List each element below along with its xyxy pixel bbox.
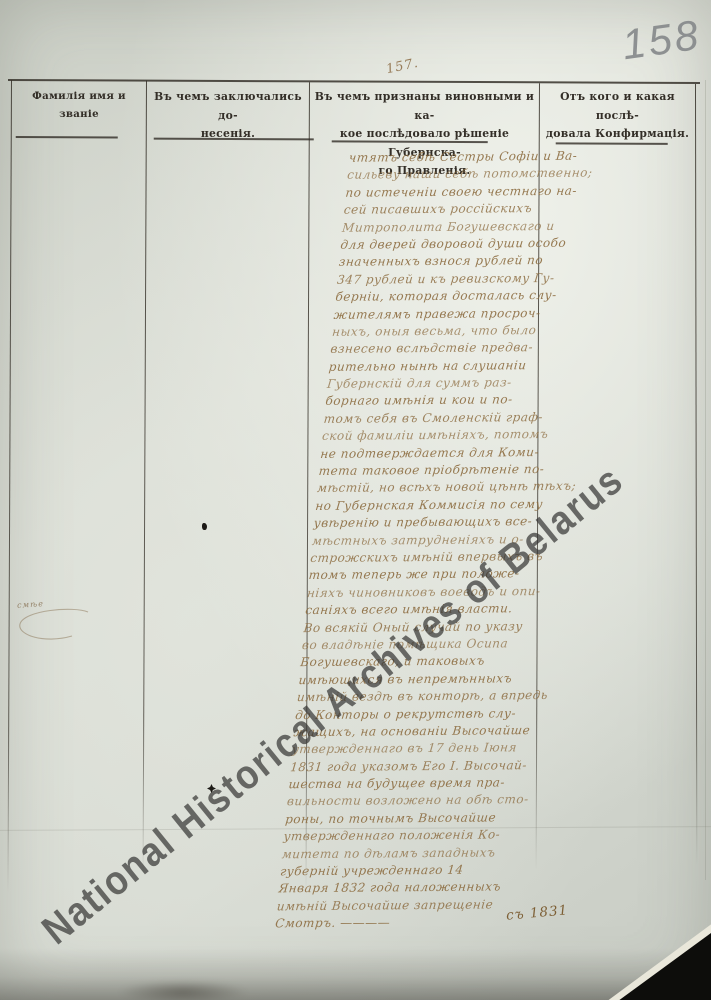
handwriting-line: чтятъ себѣ Сестры Софіи и Ва- — [348, 148, 584, 167]
table-border-right — [695, 84, 698, 865]
handwriting-line: жителямъ правежа просроч- — [333, 304, 569, 323]
handwriting-line: митета по дѣламъ западныхъ — [281, 844, 517, 863]
handwriting-line: сильеву наши себѣ потомственно; — [346, 165, 582, 184]
handwriting-line: утвержденнаго въ 17 день Іюня — [291, 739, 527, 758]
handwriting-line: 347 рублей и къ ревизскому Гу- — [336, 269, 572, 288]
column-header-reports: Въ чемъ заключались до- несенія. — [148, 88, 308, 144]
handwriting-line: для дверей дворовой души особо — [340, 235, 576, 254]
handwriting-line: роны, по точнымъ Высочайше — [284, 809, 520, 828]
handwriting-line: губерній учрежденнаго 14 — [279, 861, 515, 880]
handwriting-line: тета таковое пріобрѣтеніе по- — [318, 461, 554, 480]
margin-flourish-loop — [14, 604, 92, 646]
handwriting-line: шества на будущее время пра- — [288, 774, 524, 793]
handwriting-line: вильности возложено на обѣ сто- — [286, 792, 522, 811]
handwriting-line: по истеченіи своею честнаго на- — [345, 182, 581, 201]
handwriting-line: рительно нынѣ на слушаніи — [328, 357, 564, 376]
column-header-name-rank: Фамилія имя и званіе — [12, 88, 146, 123]
handwriting-line: Митрополита Богушевскаго и — [341, 217, 577, 236]
handwriting-line: Смотръ. ———— — [274, 913, 510, 932]
archival-document-scan: 157. 158 Фамилія имя и званіе Въ чемъ за… — [0, 0, 711, 1000]
page-edge-fold — [705, 80, 706, 880]
handwriting-line: взнесено вслѣдствіе предва- — [330, 339, 566, 358]
handwriting-line: но Губернская Коммисія по сему — [315, 496, 551, 515]
ink-spot — [202, 523, 207, 530]
handwriting-line: Губернскій для суммъ раз- — [326, 374, 562, 393]
column-header-confirmation: Отъ кого и какая послѣ- довала Конфирмац… — [541, 88, 694, 144]
handwriting-line: борнаго имѣнія и кои и по- — [325, 391, 561, 410]
table-border-top — [8, 79, 700, 84]
handwriting-line: значенныхъ взнося рублей по — [338, 252, 574, 271]
handwriting-line: сей писавшихъ россійскихъ — [343, 200, 579, 219]
handwriting-line: 1831 года указомъ Его І. Высочай- — [289, 757, 525, 776]
handwriting-line: томъ себя въ Смоленскій граф- — [323, 409, 559, 428]
handwriting-line: не подтверждается для Коми- — [320, 444, 556, 463]
handwriting-line: ныхъ, оныя весьма, что было — [331, 322, 567, 341]
bottom-edge-shadow — [0, 948, 711, 1000]
handwriting-line: утвержденнаго положенія Ко- — [283, 826, 519, 845]
handwriting-line: ской фамиліи имѣніяхъ, потомъ — [321, 426, 557, 445]
table-border-left — [7, 80, 12, 893]
column-divider-1 — [143, 81, 148, 876]
handwriting-line: берніи, которая досталась слу- — [335, 287, 571, 306]
header-underline-col1 — [16, 136, 118, 138]
handwriting-line: Января 1832 года наложенныхъ — [278, 879, 514, 898]
handwriting-line: мѣстій, но всѣхъ новой цѣнѣ тѣхъ; — [316, 478, 552, 497]
handwriting-line: имѣній Высочайше запрещеніе — [276, 896, 512, 915]
